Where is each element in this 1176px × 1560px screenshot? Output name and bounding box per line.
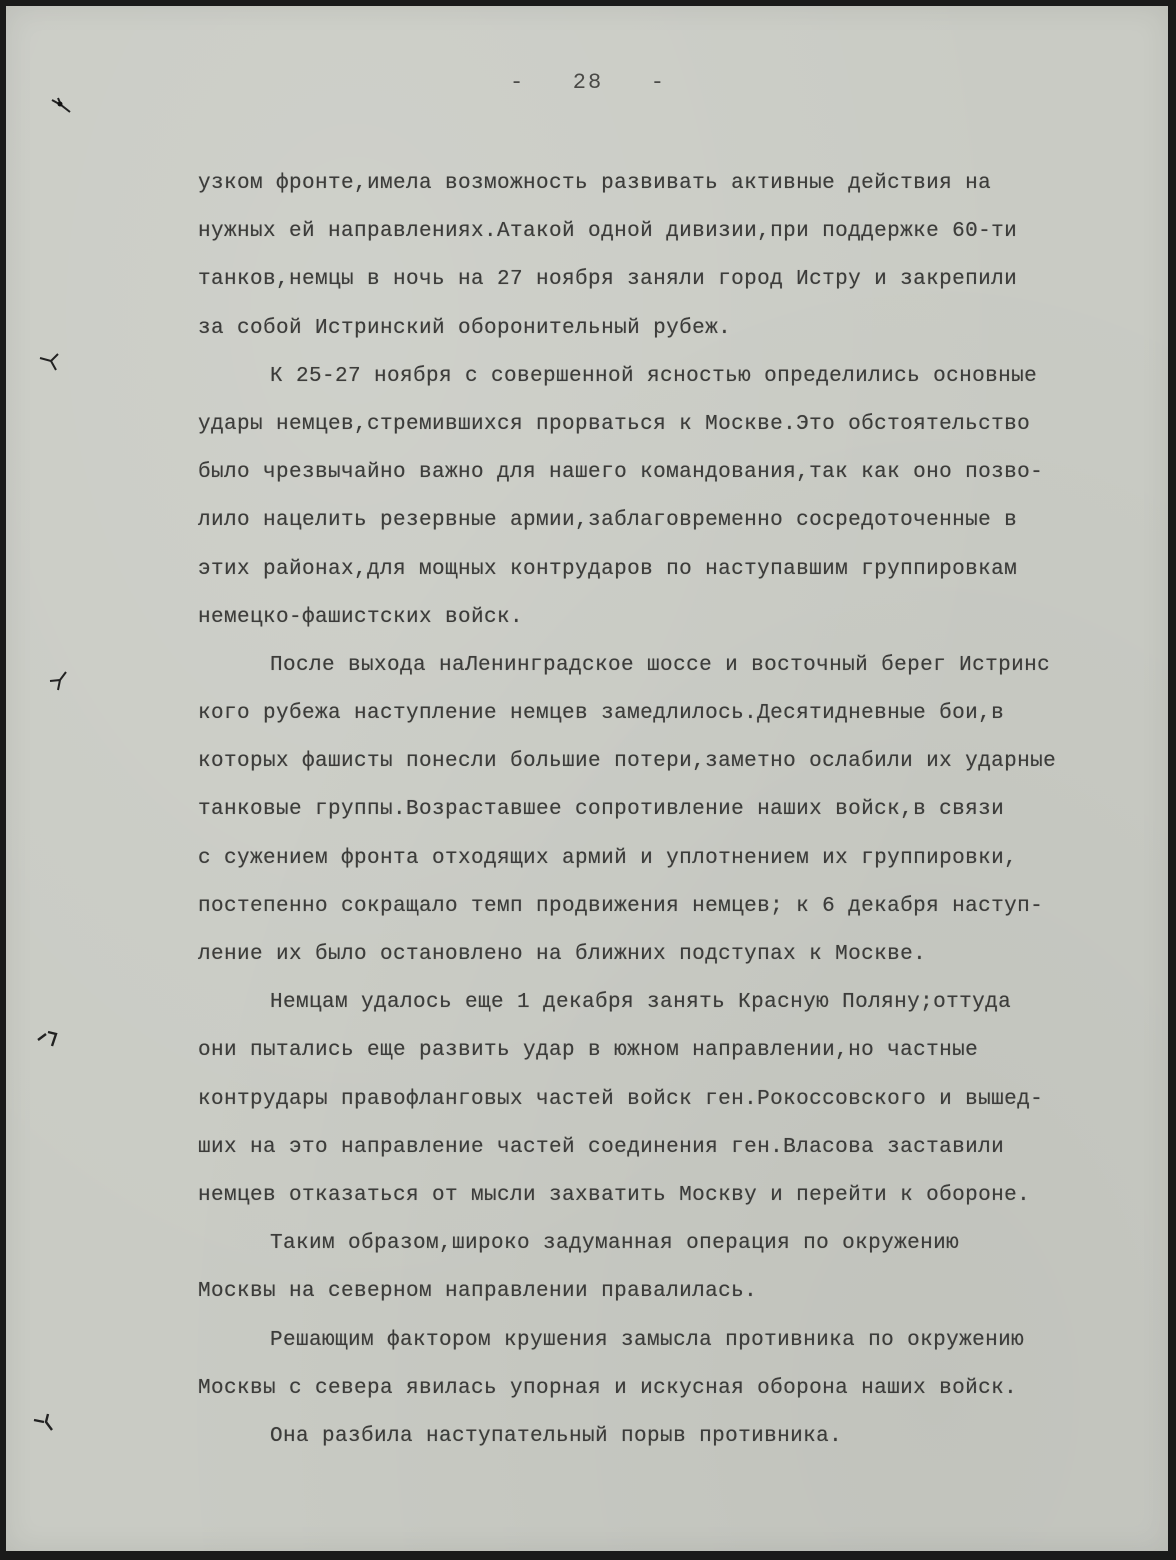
text-line: кого рубежа наступление немцев замедлило… <box>198 690 1158 738</box>
text-line: танков,немцы в ночь на 27 ноября заняли … <box>198 256 1158 304</box>
text-line: Она разбила наступательный порыв противн… <box>198 1413 1158 1461</box>
text-line: контрудары правофланговых частей войск г… <box>198 1076 1158 1124</box>
text-line: немецко-фашистских войск. <box>198 594 1158 642</box>
text-line: этих районах,для мощных контрударов по н… <box>198 546 1158 594</box>
text-line: которых фашисты понесли большие потери,з… <box>198 738 1158 786</box>
page-number-value: 28 <box>573 70 603 95</box>
staple-hole-icon <box>36 1026 62 1048</box>
text-line: Решающим фактором крушения замысла проти… <box>198 1317 1158 1365</box>
text-line: было чрезвычайно важно для нашего команд… <box>198 449 1158 497</box>
staple-hole-icon <box>46 670 72 692</box>
text-line: После выхода наЛенинградское шоссе и вос… <box>198 642 1158 690</box>
typewritten-body: узком фронте,имела возможность развивать… <box>198 160 1158 1461</box>
staple-hole-icon <box>48 94 74 116</box>
text-line: постепенно сокращало темп продвижения не… <box>198 883 1158 931</box>
staple-hole-icon <box>32 1410 58 1432</box>
text-line: удары немцев,стремившихся прорваться к М… <box>198 401 1158 449</box>
text-line: танковые группы.Возраставшее сопротивлен… <box>198 786 1158 834</box>
text-line: Таким образом,широко задуманная операция… <box>198 1220 1158 1268</box>
text-line: они пытались еще развить удар в южном на… <box>198 1027 1158 1075</box>
page-number-suffix: - <box>618 70 698 95</box>
text-line: Немцам удалось еще 1 декабря занять Крас… <box>198 979 1158 1027</box>
page-number-prefix: - <box>478 70 558 95</box>
text-line: ших на это направление частей соединения… <box>198 1124 1158 1172</box>
page-number: - 28 - <box>0 70 1176 95</box>
staple-hole-icon <box>38 350 64 372</box>
text-line: за собой Истринский оборонительный рубеж… <box>198 305 1158 353</box>
text-line: немцев отказаться от мысли захватить Мос… <box>198 1172 1158 1220</box>
text-line: нужных ей направлениях.Атакой одной диви… <box>198 208 1158 256</box>
text-line: Москвы на северном направлении правалила… <box>198 1268 1158 1316</box>
text-line: с сужением фронта отходящих армий и упло… <box>198 835 1158 883</box>
text-line: лило нацелить резервные армии,заблаговре… <box>198 497 1158 545</box>
text-line: Москвы с севера явилась упорная и искусн… <box>198 1365 1158 1413</box>
text-line: К 25-27 ноября с совершенной ясностью оп… <box>198 353 1158 401</box>
text-line: узком фронте,имела возможность развивать… <box>198 160 1158 208</box>
text-line: ление их было остановлено на ближних под… <box>198 931 1158 979</box>
